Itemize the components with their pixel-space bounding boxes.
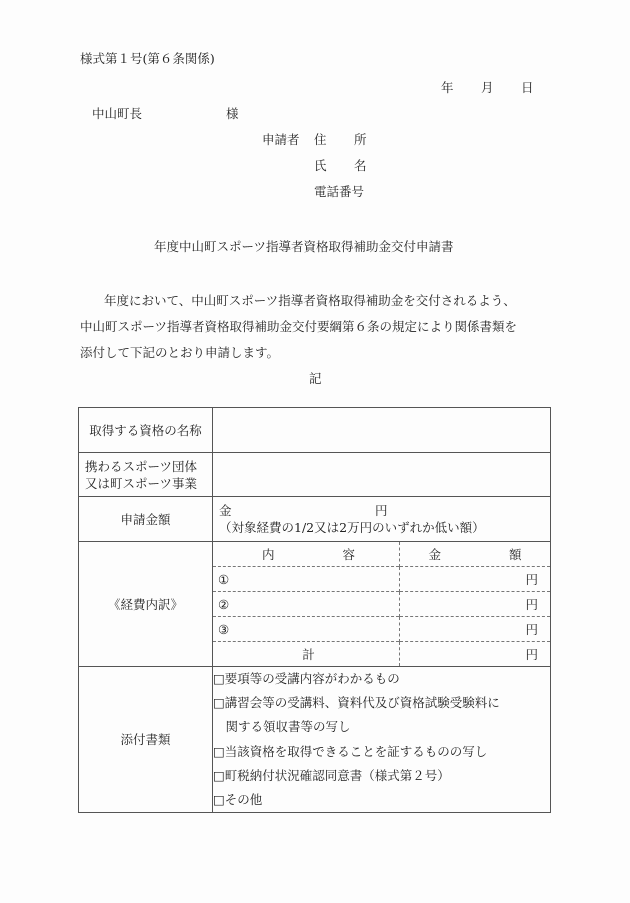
attachments-list: □要項等の受講内容がわかるもの □講習会等の受講料、資料代及び資格試験受験料に … [213,667,551,813]
total-amount[interactable]: 円 [400,642,551,667]
document-title: 年度中山町スポーツ指導者資格取得補助金交付申請書 [154,241,454,254]
expense-amount-1[interactable]: 円 [400,567,551,592]
expense-amount-3[interactable]: 円 [400,617,551,642]
expense-row: 《経費内訳》 内 容 金 額 ① 円 [79,542,551,667]
address-label-1: 住 [314,134,327,147]
expense-header-row: 内 容 金 額 [213,542,550,567]
name-label-1: 氏 [314,160,327,173]
amount-field[interactable]: 金 円 （対象経費の1/2又は2万円のいずれか低い額） [213,497,551,542]
amount-header-1: 金 [429,547,442,562]
attachment-checkbox-5[interactable]: □その他 [213,788,550,812]
expense-item-3[interactable]: ③ [213,617,400,642]
sports-org-field[interactable] [213,453,551,497]
sports-org-label-line-1: 携わるスポーツ団体 [85,458,212,475]
date-year-label: 年 [441,82,454,95]
name-label-2: 名 [354,160,367,173]
application-table: 取得する資格の名称 携わるスポーツ団体 又は町スポーツ事業 申請金額 金 円 （… [78,407,551,813]
qualification-row: 取得する資格の名称 [79,408,551,453]
expense-item-2[interactable]: ② [213,592,400,617]
attachment-checkbox-2[interactable]: □講習会等の受講料、資料代及び資格試験受験料に [213,691,550,715]
amount-note: （対象経費の1/2又は2万円のいずれか低い額） [219,519,550,536]
body-line-3: 添付して下記のとおり申請します。 [80,347,279,360]
qualification-name-field[interactable] [213,408,551,453]
date-day-label: 日 [521,82,534,95]
content-header-2: 容 [342,547,355,562]
amount-label: 申請金額 [79,497,213,542]
expense-breakdown: 内 容 金 額 ① 円 ② 円 [213,542,551,667]
date-month-label: 月 [481,82,494,95]
attachments-row: 添付書類 □要項等の受講内容がわかるもの □講習会等の受講料、資料代及び資格試験… [79,667,551,813]
body-line-1: 年度において、中山町スポーツ指導者資格取得補助金を交付されるよう、 [104,295,516,308]
expense-total-row: 計 円 [213,642,550,667]
honorific: 様 [226,108,239,121]
body-line-2: 中山町スポーツ指導者資格取得補助金交付要綱第６条の規定により関係書類を [80,321,517,334]
sports-org-label-line-2: 又は町スポーツ事業 [85,475,212,492]
amount-header-2: 額 [509,547,522,562]
expense-item-row: ① 円 [213,567,550,592]
amount-header: 金 額 [400,542,551,567]
attachment-checkbox-1[interactable]: □要項等の受講内容がわかるもの [213,667,550,691]
attachments-label: 添付書類 [79,667,213,813]
amount-unit: 円 [375,502,388,519]
expense-breakdown-table: 内 容 金 額 ① 円 ② 円 [213,542,550,666]
applicant-label: 申請者 [262,134,300,147]
expense-amount-2[interactable]: 円 [400,592,551,617]
expense-label: 《経費内訳》 [79,542,213,667]
addressee: 中山町長 [92,108,142,121]
sports-org-label: 携わるスポーツ団体 又は町スポーツ事業 [79,453,213,497]
total-label: 計 [213,642,400,667]
phone-label: 電話番号 [314,186,364,199]
qualification-name-label: 取得する資格の名称 [79,408,213,453]
content-header-1: 内 [262,547,275,562]
amount-prefix: 金 [219,503,232,518]
expense-item-row: ② 円 [213,592,550,617]
attachment-checkbox-4[interactable]: □町税納付状況確認同意書（様式第２号） [213,764,550,788]
ki-label: 記 [309,373,322,386]
sports-org-row: 携わるスポーツ団体 又は町スポーツ事業 [79,453,551,497]
expense-item-1[interactable]: ① [213,567,400,592]
expense-item-row: ③ 円 [213,617,550,642]
attachment-checkbox-3[interactable]: □当該資格を取得できることを証するものの写し [213,740,550,764]
form-number: 様式第１号(第６条関係) [80,53,215,66]
content-header: 内 容 [213,542,400,567]
address-label-2: 所 [354,134,367,147]
attachment-checkbox-2-continued: 関する領収書等の写し [213,715,550,739]
amount-row: 申請金額 金 円 （対象経費の1/2又は2万円のいずれか低い額） [79,497,551,542]
